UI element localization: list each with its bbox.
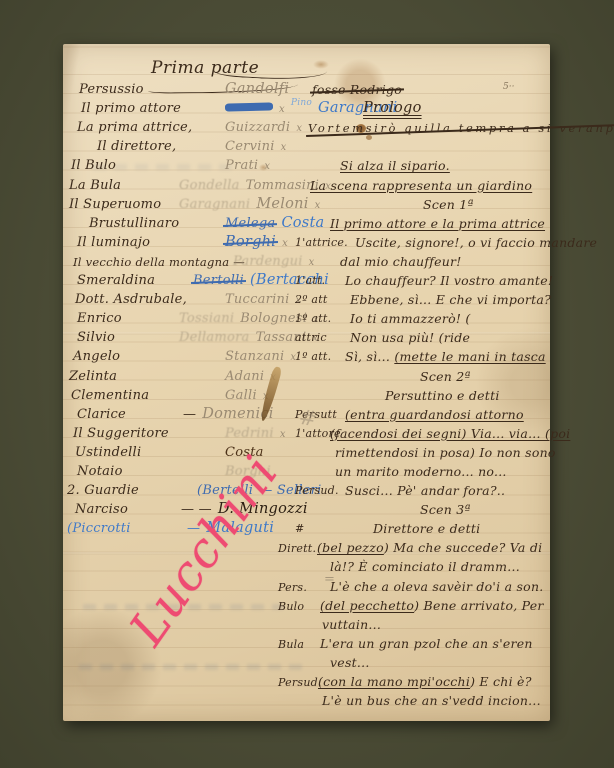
dialogue-text: Il primo attore e la prima attrice bbox=[330, 216, 545, 231]
script-line: Si alza il sipario. bbox=[300, 156, 550, 175]
text-segment: Vortemsirò quilla tempra a si veranpuma bbox=[308, 121, 614, 135]
script-line: Persud.(con la mano mpi'occhi) E chi è? bbox=[300, 672, 550, 691]
script-line: Scen 1ª bbox=[300, 195, 550, 214]
script-line: Direttore e detti bbox=[300, 519, 550, 538]
text-segment: (entra guardandosi attorno bbox=[345, 407, 524, 422]
dialogue-text: Direttore e detti bbox=[373, 521, 480, 536]
manuscript-page: Prima parte PersussioGandolfiIl primo at… bbox=[63, 44, 550, 721]
actor-names: Cervinix bbox=[225, 139, 293, 154]
script-line: là!? È cominciato il dramm... bbox=[300, 557, 550, 576]
script-line: Vortemsirò quilla tempra a si veranpuma bbox=[300, 118, 550, 137]
actor-name: Stanzani bbox=[225, 349, 284, 364]
dialogue-text: Scen 1ª bbox=[423, 197, 474, 212]
text-segment: vuttain... bbox=[322, 617, 381, 632]
character-name: Il Bulo bbox=[71, 158, 116, 173]
text-segment: Scen 2ª bbox=[420, 369, 471, 384]
actor-name: x bbox=[282, 238, 288, 249]
script-line: Uscite, signore!, o vi faccio mandare bbox=[300, 233, 550, 252]
script-line: Scen 2ª bbox=[300, 366, 550, 385]
script-line: Sì, sì... (mette le mani in tasca bbox=[300, 347, 550, 366]
actor-name: Borghi bbox=[225, 234, 276, 250]
character-name: Brustullinaro bbox=[89, 216, 179, 231]
text-segment: (con la mano mpi'occhi bbox=[318, 674, 470, 689]
text-segment: (bel pezzo bbox=[317, 540, 384, 555]
scribbled-out-name bbox=[225, 103, 273, 112]
text-segment: là!? È cominciato il dramm... bbox=[330, 559, 520, 574]
script-line: (entra guardandosi attorno bbox=[300, 405, 550, 424]
speaker-label: Persud. bbox=[278, 676, 322, 689]
actor-name: x bbox=[281, 142, 287, 153]
actor-names: Pratix bbox=[225, 158, 276, 173]
character-name: Dott. Asdrubale, bbox=[75, 292, 187, 307]
character-name: Il primo attore bbox=[81, 101, 181, 116]
dialogue-text: Ebbene, sì... E che vi importa? bbox=[350, 292, 551, 307]
character-name: Il Suggeritore bbox=[73, 426, 169, 441]
text-segment: Prologo bbox=[363, 100, 422, 116]
dialogue-text: La scena rappresenta un giardino bbox=[310, 178, 532, 193]
character-name: Notaio bbox=[77, 464, 123, 479]
script-line: (facendosi dei segni) Via... via... (poi bbox=[300, 424, 550, 443]
text-segment: fosse Rodrigo bbox=[312, 82, 402, 97]
script-column: fosse RodrigoPrologoVortemsirò quilla te… bbox=[300, 80, 550, 710]
dialogue-text: vest... bbox=[330, 655, 370, 670]
script-line: Pers.L'è che a oleva savèir do'i a son. bbox=[300, 576, 550, 595]
dialogue-text: Io ti ammazzerò! ( bbox=[350, 311, 471, 326]
dialogue-text: L'era un gran pzol che an s'eren bbox=[320, 636, 533, 651]
text-segment: Sì, sì... bbox=[345, 349, 394, 364]
text-segment: Scen 1ª bbox=[423, 197, 474, 212]
actor-name: Melega bbox=[225, 216, 275, 231]
dialogue-text: (facendosi dei segni) Via... via... (poi bbox=[330, 426, 570, 441]
actor-names: —Domenici bbox=[225, 406, 280, 422]
script-line bbox=[300, 137, 550, 156]
character-name: Il luminajo bbox=[77, 235, 150, 250]
actor-name: Bertolli bbox=[193, 273, 244, 288]
character-name: Zelinta bbox=[69, 369, 117, 384]
script-line: Io ti ammazzerò! ( bbox=[300, 309, 550, 328]
actor-name: — bbox=[183, 407, 196, 422]
dialogue-text: L'è un bus che an s'vedd incion... bbox=[322, 693, 541, 708]
bleedthrough-writing bbox=[79, 664, 309, 670]
speaker-label: Dirett. bbox=[278, 542, 316, 555]
character-name: Clarice bbox=[77, 407, 126, 422]
speaker-label: Bulo bbox=[278, 600, 304, 613]
dialogue-text: Susci... Pè' andar fora?.. bbox=[345, 483, 505, 498]
text-segment: L'è un bus che an s'vedd incion... bbox=[322, 693, 541, 708]
dialogue-text: rimettendosi in posa) Io non sono bbox=[335, 445, 556, 460]
text-segment: Lo chauffeur? Il vostro amante! bbox=[345, 273, 553, 288]
character-name: (Piccrotti bbox=[67, 521, 131, 536]
dialogue-text: Scen 2ª bbox=[420, 369, 471, 384]
dialogue-text: L'è che a oleva savèir do'i a son. bbox=[330, 579, 543, 594]
script-line: Scen 3ª bbox=[300, 500, 550, 519]
actor-names: Guizzardix bbox=[225, 120, 308, 135]
script-line: vuttain... bbox=[300, 615, 550, 634]
photo-background: Prima parte PersussioGandolfiIl primo at… bbox=[0, 0, 614, 768]
actor-name: x bbox=[279, 104, 285, 115]
text-segment: Si alza il sipario. bbox=[340, 158, 450, 173]
speaker-label: Bula bbox=[278, 638, 304, 651]
corner-pencil-mark: 5·· bbox=[503, 82, 514, 92]
text-segment: L'è che a oleva savèir do'i a son. bbox=[330, 579, 543, 594]
dialogue-text: (del pecchetto) Bene arrivato, Per bbox=[320, 598, 544, 613]
script-line: BulaL'era un gran pzol che an s'eren bbox=[300, 634, 550, 653]
dialogue-text: dal mio chauffeur! bbox=[340, 254, 462, 269]
script-line: dal mio chauffeur! bbox=[300, 252, 550, 271]
dialogue-text: Sì, sì... (mette le mani in tasca bbox=[345, 349, 546, 364]
text-segment: Ebbene, sì... E che vi importa? bbox=[350, 292, 551, 307]
text-segment: vest... bbox=[330, 655, 370, 670]
actor-name: Galli bbox=[225, 388, 257, 403]
actor-name: Garagnani bbox=[179, 197, 250, 212]
actor-name: Gondella bbox=[179, 178, 240, 193]
character-name: Ustindelli bbox=[75, 445, 141, 460]
script-line: Prologo bbox=[300, 99, 550, 118]
dialogue-text: Si alza il sipario. bbox=[340, 158, 450, 173]
dialogue-text: Non usa più! (ride bbox=[350, 330, 470, 345]
actor-name: Tuccarini bbox=[225, 292, 290, 307]
text-segment: dal mio chauffeur! bbox=[340, 254, 462, 269]
script-line: Persuttino e detti bbox=[300, 386, 550, 405]
character-name: Smeraldina bbox=[77, 273, 155, 288]
paper-stain bbox=[313, 60, 329, 69]
dialogue-text: Persuttino e detti bbox=[385, 388, 500, 403]
script-line: Il primo attore e la prima attrice bbox=[300, 214, 550, 233]
script-line: L'è un bus che an s'vedd incion... bbox=[300, 691, 550, 710]
actor-names: Stanzanix bbox=[225, 349, 302, 364]
dialogue-text: Lo chauffeur? Il vostro amante! bbox=[345, 273, 553, 288]
actor-name: Pardengui bbox=[233, 254, 303, 269]
character-name: La prima attrice, bbox=[77, 120, 192, 135]
equals-pencil-mark: = bbox=[324, 572, 335, 587]
script-line: Ebbene, sì... E che vi importa? bbox=[300, 290, 550, 309]
dialogue-text: vuttain... bbox=[322, 617, 381, 632]
text-segment: La scena rappresenta un giardino bbox=[310, 178, 532, 193]
text-segment: (facendosi dei segni) Via... via... (poi bbox=[330, 426, 570, 441]
character-name: Il Superuomo bbox=[69, 197, 161, 212]
character-name: Silvio bbox=[77, 330, 115, 345]
script-line: Bulo(del pecchetto) Bene arrivato, Per bbox=[300, 596, 550, 615]
text-segment: rimettendosi in posa) Io non sono bbox=[335, 445, 556, 460]
script-line: Dirett.(bel pezzo) Ma che succede? Va di bbox=[300, 538, 550, 557]
speaker-label: Pers. bbox=[278, 581, 307, 594]
actor-names: Pedrinix bbox=[225, 426, 292, 441]
character-name: Clementina bbox=[71, 388, 149, 403]
dialogue-text: (bel pezzo) Ma che succede? Va di bbox=[317, 540, 542, 555]
text-segment: Persuttino e detti bbox=[385, 388, 500, 403]
actor-name: Dellamora bbox=[179, 330, 250, 345]
text-segment: Non usa più! (ride bbox=[350, 330, 470, 345]
character-name: La Bula bbox=[69, 178, 121, 193]
dialogue-text: là!? È cominciato il dramm... bbox=[330, 559, 520, 574]
actor-name: Tossiani bbox=[179, 311, 234, 326]
dialogue-text: Vortemsirò quilla tempra a si veranpuma bbox=[308, 120, 614, 135]
dialogue-text: Uscite, signore!, o vi faccio mandare bbox=[355, 235, 597, 250]
text-segment: ) Bene arrivato, Per bbox=[414, 598, 544, 613]
actor-name: Gandolfi bbox=[225, 81, 289, 97]
text-segment: Uscite, signore!, o vi faccio mandare bbox=[355, 235, 597, 250]
text-segment: Scen 3ª bbox=[420, 502, 471, 517]
actor-names: Borghix bbox=[225, 234, 294, 250]
dialogue-text: un marito moderno... no... bbox=[335, 464, 507, 479]
actor-name: x bbox=[280, 429, 286, 440]
character-name: Il vecchio della montagna — bbox=[73, 255, 245, 269]
text-segment: L'era un gran pzol che an s'eren bbox=[320, 636, 533, 651]
character-name: 2. Guardie bbox=[67, 483, 139, 498]
script-line: vest... bbox=[300, 653, 550, 672]
script-line: un marito moderno... no... bbox=[300, 462, 550, 481]
character-name: Il direttore, bbox=[97, 139, 176, 154]
dialogue-text: Scen 3ª bbox=[420, 502, 471, 517]
script-line: rimettendosi in posa) Io non sono bbox=[300, 443, 550, 462]
text-segment: Direttore e detti bbox=[373, 521, 480, 536]
actor-name: Pedrini bbox=[225, 426, 274, 441]
text-segment: Il primo attore e la prima attrice bbox=[330, 216, 545, 231]
actor-name: x bbox=[264, 161, 270, 172]
actor-name: Prati bbox=[225, 158, 258, 173]
script-line: Susci... Pè' andar fora?.. bbox=[300, 481, 550, 500]
dialogue-text: (entra guardandosi attorno bbox=[345, 407, 524, 422]
dialogue-text: fosse Rodrigo bbox=[312, 82, 402, 97]
actor-name: Guizzardi bbox=[225, 120, 290, 135]
script-line: Non usa più! (ride bbox=[300, 328, 550, 347]
text-segment: ) E chi è? bbox=[470, 674, 532, 689]
character-name: Angelo bbox=[73, 349, 120, 364]
character-name: Enrico bbox=[77, 311, 122, 326]
actor-name: Adani bbox=[225, 369, 264, 384]
text-segment: (mette le mani in tasca bbox=[394, 349, 545, 364]
text-segment: ) Ma che succede? Va di bbox=[384, 540, 543, 555]
actor-name: Cervini bbox=[225, 139, 275, 154]
text-segment: un marito moderno... no... bbox=[335, 464, 507, 479]
script-line: Lo chauffeur? Il vostro amante! bbox=[300, 271, 550, 290]
text-segment: Susci... Pè' andar fora?.. bbox=[345, 483, 505, 498]
dialogue-text: (con la mano mpi'occhi) E chi è? bbox=[318, 674, 532, 689]
character-name: Narciso bbox=[75, 502, 128, 517]
text-segment: (del pecchetto bbox=[320, 598, 414, 613]
script-line: La scena rappresenta un giardino bbox=[300, 175, 550, 194]
actor-names: Gandolfi bbox=[225, 81, 295, 97]
dialogue-text: Prologo bbox=[363, 100, 422, 116]
text-segment: Io ti ammazzerò! ( bbox=[350, 311, 471, 326]
